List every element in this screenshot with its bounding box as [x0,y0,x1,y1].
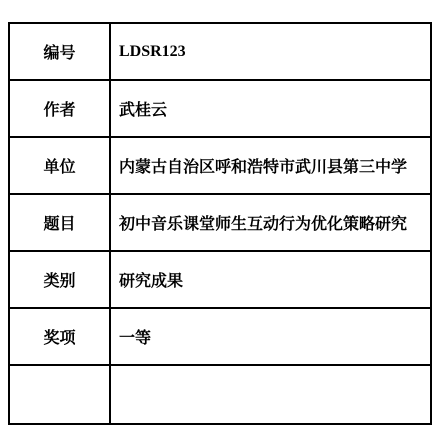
table-row: 编号 LDSR123 [9,23,431,80]
row-label: 编号 [9,23,110,80]
table-row: 单位 内蒙古自治区呼和浩特市武川县第三中学 [9,137,431,194]
row-label: 类别 [9,251,110,308]
row-value: 武桂云 [110,80,431,137]
row-value: 研究成果 [110,251,431,308]
row-value: 初中音乐课堂师生互动行为优化策略研究 [110,194,431,251]
table-row: 作者 武桂云 [9,80,431,137]
row-value: LDSR123 [110,23,431,80]
row-value: 一等 [110,308,431,365]
row-value: 内蒙古自治区呼和浩特市武川县第三中学 [110,137,431,194]
table-row: 类别 研究成果 [9,251,431,308]
row-value [110,365,431,424]
table-row: 题目 初中音乐课堂师生互动行为优化策略研究 [9,194,431,251]
row-label: 题目 [9,194,110,251]
table-row-empty [9,365,431,424]
row-label: 奖项 [9,308,110,365]
row-label: 单位 [9,137,110,194]
row-label [9,365,110,424]
row-label: 作者 [9,80,110,137]
table-row: 奖项 一等 [9,308,431,365]
info-table: 编号 LDSR123 作者 武桂云 单位 内蒙古自治区呼和浩特市武川县第三中学 … [8,22,432,425]
